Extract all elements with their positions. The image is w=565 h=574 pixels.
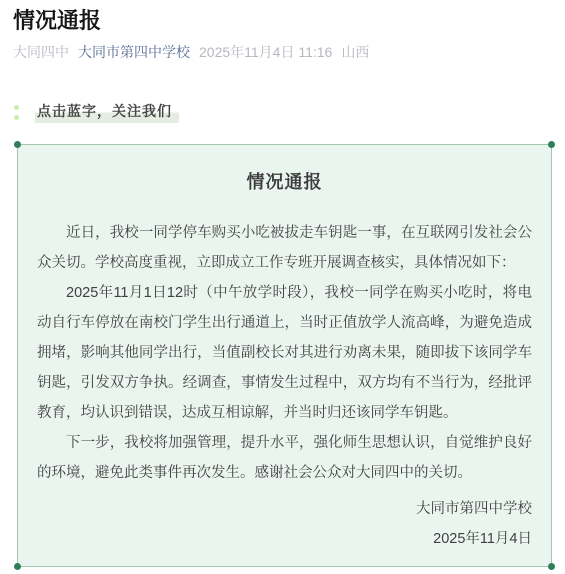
follow-banner[interactable]: 点击蓝字，关注我们 <box>13 101 552 123</box>
corner-dot-icon <box>548 141 555 148</box>
publish-location: 山西 <box>341 42 369 62</box>
author-name: 大同四中 <box>13 42 69 62</box>
notice-paragraph: 下一步，我校将加强管理，提升水平，强化师生思想认识，自觉维护良好的环境，避免此类… <box>37 428 532 488</box>
article-page: 情况通报 大同四中 大同市第四中学校 2025年11月4日 11:16 山西 点… <box>0 0 565 567</box>
account-link[interactable]: 大同市第四中学校 <box>78 42 190 62</box>
byline: 大同四中 大同市第四中学校 2025年11月4日 11:16 山西 <box>13 42 552 62</box>
corner-dot-icon <box>14 563 21 570</box>
notice-title: 情况通报 <box>37 170 532 194</box>
notice-paragraph: 近日，我校一同学停车购买小吃被拔走车钥匙一事，在互联网引发社会公众关切。学校高度… <box>37 218 532 278</box>
notice-paragraph: 2025年11月1日12时（中午放学时段），我校一同学在购买小吃时，将电动自行车… <box>37 278 532 428</box>
signature-school: 大同市第四中学校 <box>37 494 532 524</box>
corner-dot-icon <box>14 141 21 148</box>
notice-card: 情况通报 近日，我校一同学停车购买小吃被拔走车钥匙一事，在互联网引发社会公众关切… <box>17 144 552 567</box>
corner-dot-icon <box>548 563 555 570</box>
follow-banner-text[interactable]: 点击蓝字，关注我们 <box>35 101 179 123</box>
publish-datetime: 2025年11月4日 11:16 <box>199 42 332 62</box>
signature-date: 2025年11月4日 <box>37 524 532 554</box>
notice-body: 近日，我校一同学停车购买小吃被拔走车钥匙一事，在互联网引发社会公众关切。学校高度… <box>37 218 532 488</box>
green-dots-icon <box>14 105 19 120</box>
signature-block: 大同市第四中学校 2025年11月4日 <box>37 494 532 554</box>
page-title: 情况通报 <box>13 8 552 34</box>
